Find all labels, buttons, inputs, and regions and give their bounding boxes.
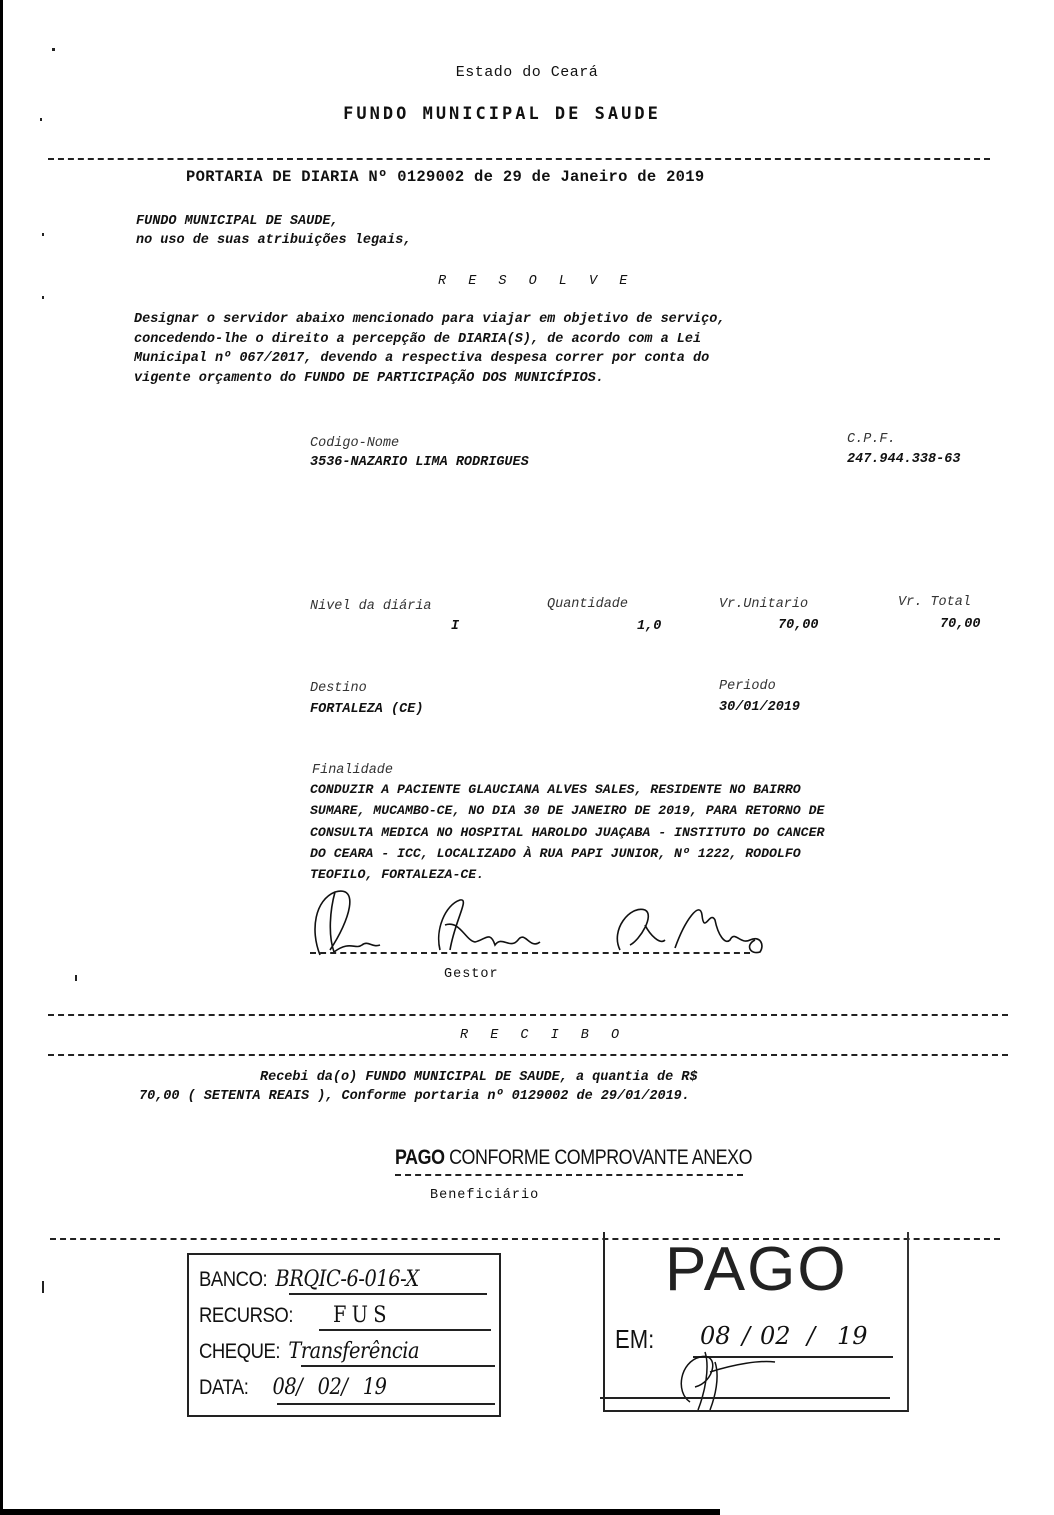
data-row: DATA: 08/ 02/ 19 bbox=[199, 1375, 387, 1400]
body-paragraph: Designar o servidor abaixo mencionado pa… bbox=[134, 310, 725, 388]
banco-label: BANCO: bbox=[199, 1268, 267, 1291]
scan-bottom-edge bbox=[0, 1509, 720, 1515]
cheque-row: CHEQUE: Transferência bbox=[199, 1339, 419, 1364]
bank-stamp: BANCO: BRQIC-6-016-X RECURSO: FUS CHEQUE… bbox=[187, 1253, 501, 1417]
banco-underline bbox=[289, 1293, 487, 1295]
scan-speck bbox=[42, 296, 44, 299]
data-day: 08 bbox=[273, 1375, 297, 1400]
body-line: concedendo-lhe o direito a percepção de … bbox=[134, 330, 725, 350]
scan-speck bbox=[75, 975, 77, 981]
body-line: Municipal nº 067/2017, devendo a respect… bbox=[134, 349, 725, 369]
paid-stamp-title: PAGO bbox=[665, 1234, 848, 1305]
recibo-line-2: 70,00 ( SETENTA REAIS ), Conforme portar… bbox=[139, 1089, 690, 1104]
banco-value: BRQIC-6-016-X bbox=[275, 1267, 418, 1292]
manager-signature bbox=[290, 880, 790, 970]
state-name: Estado do Ceará bbox=[0, 64, 1054, 81]
stamp-paid-word: PAGO bbox=[395, 1146, 445, 1169]
cheque-label: CHEQUE: bbox=[199, 1340, 280, 1363]
payer-initials-signature bbox=[660, 1342, 810, 1412]
intro-line-2: no uso de suas atribuições legais, bbox=[136, 233, 411, 248]
quantidade-label: Quantidade bbox=[547, 597, 628, 612]
cheque-underline bbox=[301, 1365, 495, 1367]
scan-speck bbox=[42, 233, 44, 236]
em-label: EM: bbox=[615, 1324, 654, 1355]
beneficiary-signature-line bbox=[395, 1174, 743, 1176]
paid-conformity-stamp: PAGO CONFORME COMPROVANTE ANEXO bbox=[395, 1146, 752, 1170]
data-underline bbox=[277, 1403, 495, 1405]
intro-line-1: FUNDO MUNICIPAL DE SAUDE, bbox=[136, 214, 339, 229]
finalidade-line: SUMARE, MUCAMBO-CE, NO DIA 30 DE JANEIRO… bbox=[310, 800, 824, 821]
codigo-nome-label: Codigo-Nome bbox=[310, 436, 399, 451]
cpf-label: C.P.F. bbox=[847, 432, 896, 447]
finalidade-line: DO CEARA - ICC, LOCALIZADO À RUA PAPI JU… bbox=[310, 843, 824, 864]
institution-title: FUNDO MUNICIPAL DE SAUDE bbox=[0, 104, 1004, 124]
recibo-line-1: Recebi da(o) FUNDO MUNICIPAL DE SAUDE, a… bbox=[260, 1070, 697, 1085]
signature-line bbox=[310, 952, 750, 954]
vr-unitario-value: 70,00 bbox=[778, 618, 819, 633]
divider bbox=[48, 1054, 1008, 1056]
quantidade-value: 1,0 bbox=[637, 619, 661, 634]
recibo-heading: R E C I B O bbox=[460, 1028, 626, 1043]
body-line: vigente orçamento do FUNDO DE PARTICIPAÇ… bbox=[134, 369, 725, 389]
scan-speck bbox=[52, 48, 55, 51]
data-label: DATA: bbox=[199, 1376, 248, 1399]
divider bbox=[48, 158, 990, 160]
stamp-bottom-line bbox=[600, 1397, 890, 1399]
cheque-value: Transferência bbox=[288, 1339, 419, 1364]
finalidade-label: Finalidade bbox=[312, 763, 393, 778]
recurso-underline bbox=[319, 1329, 491, 1331]
banco-row: BANCO: BRQIC-6-016-X bbox=[199, 1267, 419, 1292]
divider bbox=[48, 1014, 1008, 1016]
paid-stamp: PAGO EM: 08 / 02 / 19 bbox=[603, 1232, 909, 1412]
scan-left-edge bbox=[0, 0, 3, 1515]
cpf-value: 247.944.338-63 bbox=[847, 452, 960, 467]
portaria-title: PORTARIA DE DIARIA Nº 0129002 de 29 de J… bbox=[186, 168, 704, 186]
destino-label: Destino bbox=[310, 681, 367, 696]
destino-value: FORTALEZA (CE) bbox=[310, 702, 423, 717]
recurso-label: RECURSO: bbox=[199, 1304, 293, 1327]
periodo-label: Periodo bbox=[719, 679, 776, 694]
data-month: 02 bbox=[318, 1375, 342, 1400]
recurso-value: FUS bbox=[333, 1303, 392, 1328]
signature-role: Gestor bbox=[444, 967, 499, 982]
periodo-value: 30/01/2019 bbox=[719, 700, 800, 715]
finalidade-text: CONDUZIR A PACIENTE GLAUCIANA ALVES SALE… bbox=[310, 779, 824, 885]
em-year: 19 bbox=[837, 1322, 868, 1350]
finalidade-line: CONSULTA MEDICA NO HOSPITAL HAROLDO JUAÇ… bbox=[310, 822, 824, 843]
body-line: Designar o servidor abaixo mencionado pa… bbox=[134, 310, 725, 330]
scan-speck bbox=[42, 1281, 44, 1293]
beneficiary-label: Beneficiário bbox=[430, 1188, 539, 1203]
vr-total-label: Vr. Total bbox=[898, 595, 971, 610]
data-year: 19 bbox=[363, 1375, 387, 1400]
nivel-label: Nivel da diária bbox=[310, 599, 432, 614]
vr-unitario-label: Vr.Unitario bbox=[719, 597, 808, 612]
recurso-row: RECURSO: FUS bbox=[199, 1303, 392, 1328]
finalidade-line: CONDUZIR A PACIENTE GLAUCIANA ALVES SALE… bbox=[310, 779, 824, 800]
nivel-value: I bbox=[451, 619, 459, 634]
resolve-heading: R E S O L V E bbox=[438, 274, 634, 289]
codigo-nome-value: 3536-NAZARIO LIMA RODRIGUES bbox=[310, 455, 529, 470]
stamp-text: CONFORME COMPROVANTE ANEXO bbox=[445, 1146, 753, 1169]
vr-total-value: 70,00 bbox=[940, 617, 981, 632]
